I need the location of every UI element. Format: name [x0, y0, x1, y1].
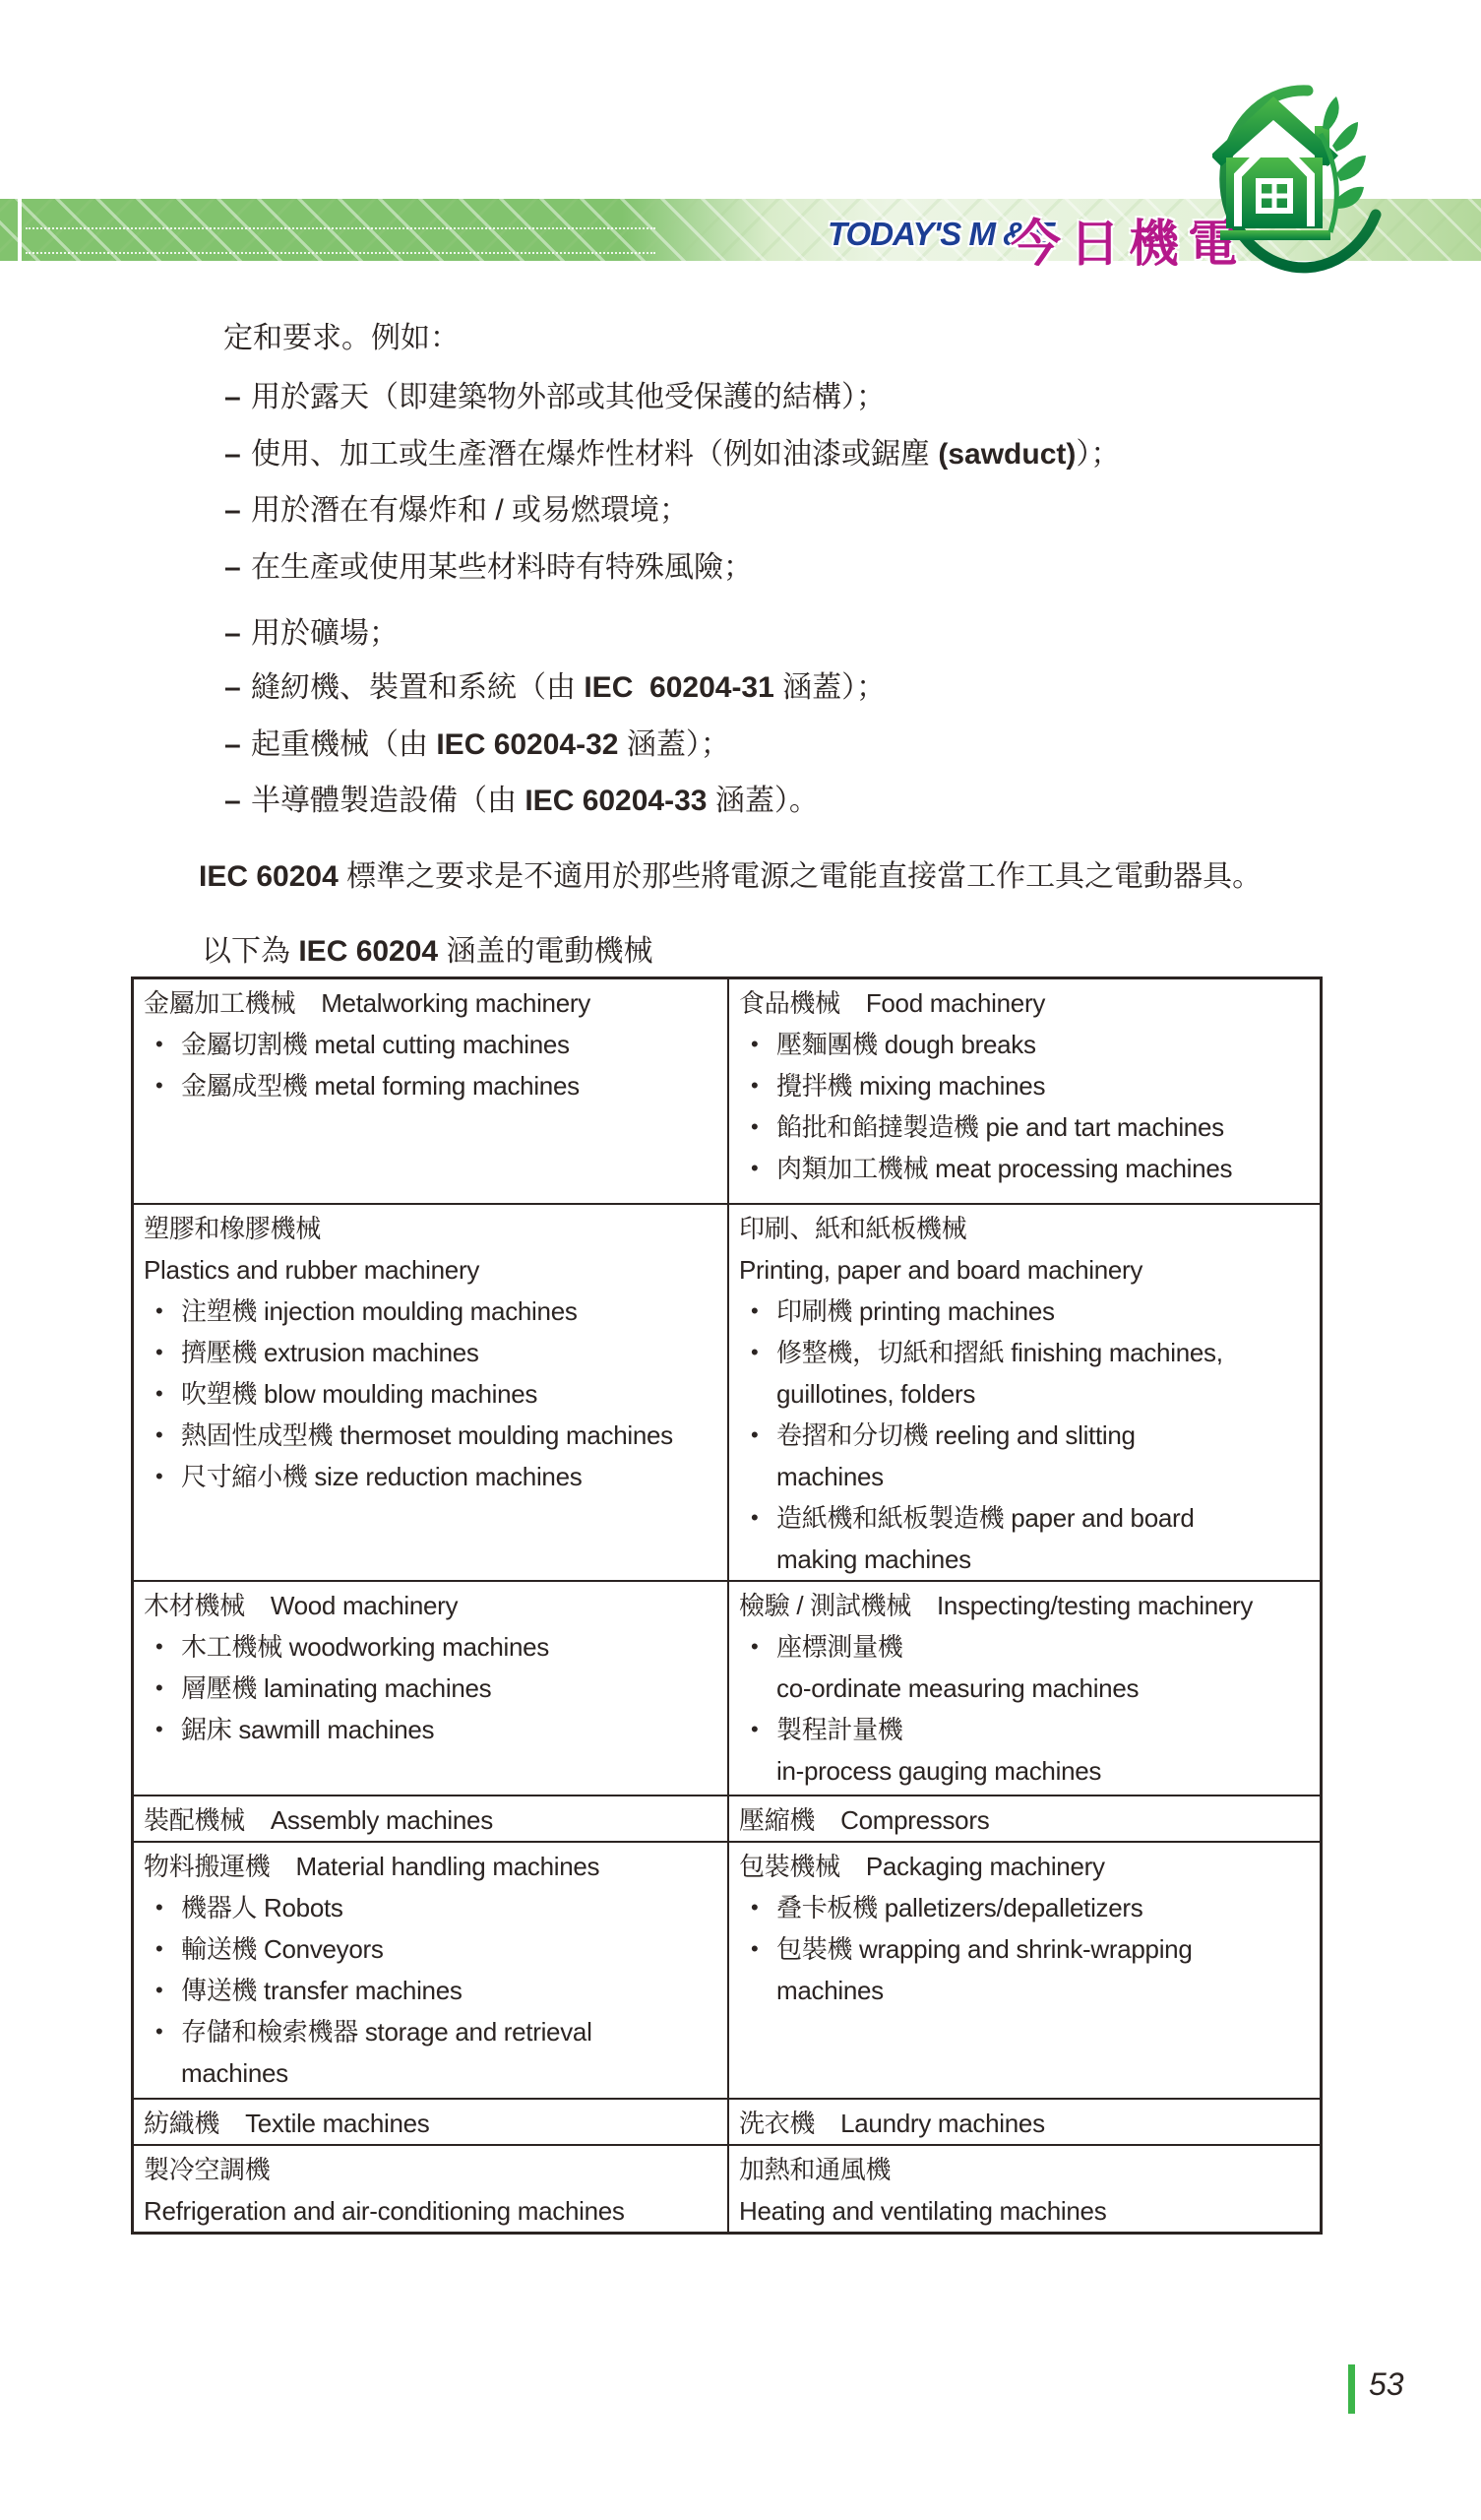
machine-item: •造紙機和紙板製造機 paper and boardmaking machine…	[739, 1497, 1316, 1580]
machine-item: •層壓機 laminating machines	[144, 1668, 723, 1709]
dash-item-text-segment: 起重機械（由	[251, 728, 436, 761]
machine-item-line: 包裝機 wrapping and shrink-wrapping	[776, 1928, 1316, 1970]
dash-item-text: 起重機械（由 IEC 60204-32 涵蓋）；	[251, 726, 730, 764]
dash-item-text: 用於露天（即建築物外部或其他受保護的結構）；	[251, 379, 886, 416]
table-caption-segment: 涵盖的電動機械	[438, 935, 652, 968]
cell-title: 裝配機械Assembly machines	[144, 1799, 723, 1841]
cell-title-zh: 紡織機	[144, 2109, 219, 2138]
machine-item-line: 肉類加工機械 meat processing machines	[776, 1148, 1316, 1189]
machine-item: •肉類加工機械 meat processing machines	[739, 1148, 1316, 1189]
machine-item: •座標測量機co-ordinate measuring machines	[739, 1626, 1316, 1709]
table-row: 紡織機Textile machines洗衣機Laundry machines	[133, 2099, 1322, 2145]
cell-title: 塑膠和橡膠機械Plastics and rubber machinery	[144, 1208, 723, 1291]
machine-item: •金屬切割機 metal cutting machines	[144, 1024, 723, 1065]
machine-item-text: 卷摺和分切機 reeling and slittingmachines	[776, 1415, 1316, 1497]
cell-title-zh: 裝配機械	[144, 1805, 245, 1835]
machine-item: •傳送機 transfer machines	[144, 1970, 723, 2011]
machine-item: •包裝機 wrapping and shrink-wrappingmachine…	[739, 1928, 1316, 2011]
machine-item-text: 存儲和檢索機器 storage and retrievalmachines	[181, 2011, 723, 2094]
cell-title-zh: 加熱和通風機	[739, 2149, 1316, 2190]
cell-title: 洗衣機Laundry machines	[739, 2103, 1316, 2144]
machine-item-text: 造紙機和紙板製造機 paper and boardmaking machines	[776, 1497, 1316, 1580]
magazine-title-zh: 今日機電	[1011, 203, 1247, 276]
machine-item-text: 餡批和餡撻製造機 pie and tart machines	[776, 1106, 1316, 1148]
table-cell: 洗衣機Laundry machines	[728, 2099, 1322, 2145]
cell-title: 木材機械Wood machinery	[144, 1585, 723, 1626]
machine-item-line: 輸送機 Conveyors	[181, 1928, 723, 1970]
machine-item: •鋸床 sawmill machines	[144, 1709, 723, 1750]
bullet-icon: •	[751, 1106, 776, 1148]
cell-title-zh: 物料搬運機	[144, 1852, 271, 1881]
machine-item: •卷摺和分切機 reeling and slittingmachines	[739, 1415, 1316, 1497]
machine-item-text: 熱固性成型機 thermoset moulding machines	[181, 1415, 723, 1456]
bullet-icon: •	[155, 1415, 181, 1456]
dash-item-text: 用於礦場；	[251, 615, 399, 653]
cell-title-en: Wood machinery	[271, 1591, 458, 1620]
dash-marker: –	[224, 379, 251, 416]
machine-item: •壓麵團機 dough breaks	[739, 1024, 1316, 1065]
cell-title-zh: 檢驗 / 測試機械	[739, 1591, 911, 1620]
table-caption-segment: IEC 60204	[298, 935, 438, 968]
dash-item-text: 用於潛在有爆炸和 / 或易燃環境；	[251, 492, 689, 530]
cell-title: 檢驗 / 測試機械Inspecting/testing machinery	[739, 1585, 1316, 1626]
machine-item-line: 擠壓機 extrusion machines	[181, 1332, 723, 1373]
dash-marker: –	[224, 436, 251, 473]
table-row: 金屬加工機械Metalworking machinery•金屬切割機 metal…	[133, 978, 1322, 1204]
dash-item-text-segment: 在生產或使用某些材料時有特殊風險；	[251, 551, 753, 584]
house-leaf-logo-icon	[1212, 83, 1389, 280]
dash-item-text: 在生產或使用某些材料時有特殊風險；	[251, 549, 753, 587]
cell-title-en: Refrigeration and air-conditioning machi…	[144, 2190, 723, 2232]
machine-item-text: 擠壓機 extrusion machines	[181, 1332, 723, 1373]
machine-item-line: 餡批和餡撻製造機 pie and tart machines	[776, 1106, 1316, 1148]
table-row: 裝配機械Assembly machines壓縮機Compressors	[133, 1795, 1322, 1842]
cell-title-en: Laundry machines	[840, 2109, 1045, 2138]
machine-item: •擠壓機 extrusion machines	[144, 1332, 723, 1373]
cell-title-zh: 木材機械	[144, 1591, 245, 1620]
table-row: 木材機械Wood machinery•木工機械 woodworking mach…	[133, 1581, 1322, 1795]
machine-item: •尺寸縮小機 size reduction machines	[144, 1456, 723, 1497]
cell-title-en: Heating and ventilating machines	[739, 2190, 1316, 2232]
cell-title-zh: 壓縮機	[739, 1805, 815, 1835]
machine-item-line: 座標測量機	[776, 1626, 1316, 1668]
bullet-icon: •	[155, 1887, 181, 1928]
machine-item-text: 叠卡板機 palletizers/depalletizers	[776, 1887, 1316, 1928]
table-cell: 印刷、紙和紙板機械Printing, paper and board machi…	[728, 1204, 1322, 1581]
banner-dotted-line	[26, 227, 655, 229]
bullet-icon: •	[751, 1928, 776, 2011]
machine-item-line: 吹塑機 blow moulding machines	[181, 1373, 723, 1415]
dash-marker: –	[224, 783, 251, 820]
banner-notch	[18, 199, 22, 261]
machine-item-text: 金屬成型機 metal forming machines	[181, 1065, 723, 1106]
table-cell: 紡織機Textile machines	[133, 2099, 729, 2145]
machine-item-text: 木工機械 woodworking machines	[181, 1626, 723, 1668]
table-cell: 食品機械Food machinery•壓麵團機 dough breaks•攪拌機…	[728, 978, 1322, 1204]
bullet-icon: •	[155, 1970, 181, 2011]
dash-item-text-segment: 用於潛在有爆炸和 / 或易燃環境；	[251, 494, 689, 527]
table-caption: 以下為 IEC 60204 涵盖的電動機械	[202, 933, 652, 971]
intro-paragraph: IEC 60204 標準之要求是不適用於那些將電源之電能直接當工作工具之電動器具…	[199, 858, 1262, 896]
machine-item-line: 造紙機和紙板製造機 paper and board	[776, 1497, 1316, 1539]
dash-item-text-segment: 涵蓋）。	[707, 785, 818, 817]
dash-marker: –	[224, 549, 251, 587]
cell-title-zh: 製冷空調機	[144, 2149, 723, 2190]
cell-title-en: Material handling machines	[296, 1852, 600, 1881]
machine-item-text: 肉類加工機械 meat processing machines	[776, 1148, 1316, 1189]
machine-item-line: 熱固性成型機 thermoset moulding machines	[181, 1415, 723, 1456]
machine-item-line: 製程計量機	[776, 1709, 1316, 1750]
machine-item-line: 叠卡板機 palletizers/depalletizers	[776, 1887, 1316, 1928]
machine-item-line: 木工機械 woodworking machines	[181, 1626, 723, 1668]
table-cell: 檢驗 / 測試機械Inspecting/testing machinery•座標…	[728, 1581, 1322, 1795]
table-cell: 木材機械Wood machinery•木工機械 woodworking mach…	[133, 1581, 729, 1795]
machine-item-line: making machines	[776, 1539, 1316, 1580]
cell-title-zh: 金屬加工機械	[144, 988, 295, 1018]
machinery-table: 金屬加工機械Metalworking machinery•金屬切割機 metal…	[131, 976, 1323, 2235]
cell-title-zh: 洗衣機	[739, 2109, 815, 2138]
dash-item: –縫紉機、裝置和系統（由 IEC 60204-31 涵蓋）；	[224, 669, 886, 707]
machine-item-text: 壓麵團機 dough breaks	[776, 1024, 1316, 1065]
dash-item-text-segment: IEC 60204-31	[584, 671, 773, 704]
cell-title-en: Inspecting/testing machinery	[937, 1591, 1253, 1620]
bullet-icon: •	[155, 1456, 181, 1497]
dash-item-text: 半導體製造設備（由 IEC 60204-33 涵蓋）。	[251, 783, 819, 820]
machine-item: •叠卡板機 palletizers/depalletizers	[739, 1887, 1316, 1928]
machine-item: •存儲和檢索機器 storage and retrievalmachines	[144, 2011, 723, 2094]
bullet-icon: •	[155, 1928, 181, 1970]
machine-item-line: 尺寸縮小機 size reduction machines	[181, 1456, 723, 1497]
bullet-icon: •	[155, 2011, 181, 2094]
dash-item: –半導體製造設備（由 IEC 60204-33 涵蓋）。	[224, 783, 819, 820]
dash-item: –在生產或使用某些材料時有特殊風險；	[224, 549, 753, 587]
machine-item-line: machines	[181, 2052, 723, 2094]
intro-lead: 定和要求。例如：	[223, 320, 460, 357]
magazine-page: TODAY'S M & E 今日機電 定和要求。例如： –用於露天（即建築物外部…	[0, 0, 1481, 2520]
machine-item: •木工機械 woodworking machines	[144, 1626, 723, 1668]
machine-item-line: 存儲和檢索機器 storage and retrieval	[181, 2011, 723, 2052]
machine-item-line: co-ordinate measuring machines	[776, 1668, 1316, 1709]
cell-title: 食品機械Food machinery	[739, 982, 1316, 1024]
machine-item-line: 攪拌機 mixing machines	[776, 1065, 1316, 1106]
machine-item-text: 傳送機 transfer machines	[181, 1970, 723, 2011]
machine-item-text: 吹塑機 blow moulding machines	[181, 1373, 723, 1415]
machine-item-text: 修整機，切紙和摺紙 finishing machines,guillotines…	[776, 1332, 1316, 1415]
machine-item-text: 輸送機 Conveyors	[181, 1928, 723, 1970]
machine-item-text: 尺寸縮小機 size reduction machines	[181, 1456, 723, 1497]
dash-item-text-segment: ）；	[1076, 438, 1120, 471]
dash-item-text-segment: 涵蓋）；	[618, 728, 729, 761]
bullet-icon: •	[751, 1291, 776, 1332]
table-cell: 包裝機械Packaging machinery•叠卡板機 palletizers…	[728, 1842, 1322, 2099]
table-cell: 物料搬運機Material handling machines•機器人 Robo…	[133, 1842, 729, 2099]
bullet-icon: •	[751, 1065, 776, 1106]
cell-title: 印刷、紙和紙板機械Printing, paper and board machi…	[739, 1208, 1316, 1291]
bullet-icon: •	[751, 1887, 776, 1928]
machine-item-text: 座標測量機co-ordinate measuring machines	[776, 1626, 1316, 1709]
machine-item: •吹塑機 blow moulding machines	[144, 1373, 723, 1415]
dash-marker: –	[224, 726, 251, 764]
cell-title: 壓縮機Compressors	[739, 1799, 1316, 1841]
machine-item: •熱固性成型機 thermoset moulding machines	[144, 1415, 723, 1456]
cell-title-en: Plastics and rubber machinery	[144, 1249, 723, 1291]
cell-title-zh: 印刷、紙和紙板機械	[739, 1208, 1316, 1249]
table-cell: 金屬加工機械Metalworking machinery•金屬切割機 metal…	[133, 978, 729, 1204]
dash-item-text-segment: 用於露天（即建築物外部或其他受保護的結構）；	[251, 381, 886, 413]
bullet-icon: •	[751, 1626, 776, 1709]
dash-item-text-segment: (sawduct)	[938, 438, 1076, 471]
machine-item-line: 層壓機 laminating machines	[181, 1668, 723, 1709]
bullet-icon: •	[155, 1626, 181, 1668]
table-cell: 裝配機械Assembly machines	[133, 1795, 729, 1842]
bullet-icon: •	[751, 1497, 776, 1580]
dash-item-text: 縫紉機、裝置和系統（由 IEC 60204-31 涵蓋）；	[251, 669, 886, 707]
cell-title-en: Assembly machines	[271, 1805, 493, 1835]
dash-item: –使用、加工或生產潛在爆炸性材料（例如油漆或鋸塵 (sawduct)）；	[224, 436, 1120, 473]
bullet-icon: •	[751, 1148, 776, 1189]
machine-item: •印刷機 printing machines	[739, 1291, 1316, 1332]
table-cell: 加熱和通風機Heating and ventilating machines	[728, 2145, 1322, 2234]
machine-item-text: 印刷機 printing machines	[776, 1291, 1316, 1332]
table-cell: 壓縮機Compressors	[728, 1795, 1322, 1842]
cell-title: 紡織機Textile machines	[144, 2103, 723, 2144]
dash-item-text-segment: IEC 60204-33	[525, 785, 707, 817]
table-row: 塑膠和橡膠機械Plastics and rubber machinery•注塑機…	[133, 1204, 1322, 1581]
machine-item: •注塑機 injection moulding machines	[144, 1291, 723, 1332]
table-cell: 塑膠和橡膠機械Plastics and rubber machinery•注塑機…	[133, 1204, 729, 1581]
bullet-icon: •	[155, 1024, 181, 1065]
dash-item-text-segment: 涵蓋）；	[774, 671, 886, 704]
machine-item-text: 層壓機 laminating machines	[181, 1668, 723, 1709]
machine-item: •金屬成型機 metal forming machines	[144, 1065, 723, 1106]
banner-dotted-line	[26, 252, 655, 254]
dash-item: –用於露天（即建築物外部或其他受保護的結構）；	[224, 379, 886, 416]
dash-item-text-segment: 半導體製造設備（由	[251, 785, 525, 817]
machine-item-line: 修整機，切紙和摺紙 finishing machines,	[776, 1332, 1316, 1373]
machine-item-text: 攪拌機 mixing machines	[776, 1065, 1316, 1106]
dash-item-text-segment: 使用、加工或生產潛在爆炸性材料（例如油漆或鋸塵	[251, 438, 938, 471]
cell-title: 物料搬運機Material handling machines	[144, 1846, 723, 1887]
machine-item: •餡批和餡撻製造機 pie and tart machines	[739, 1106, 1316, 1148]
cell-title: 製冷空調機Refrigeration and air-conditioning …	[144, 2149, 723, 2232]
machine-item-text: 注塑機 injection moulding machines	[181, 1291, 723, 1332]
table-row: 製冷空調機Refrigeration and air-conditioning …	[133, 2145, 1322, 2234]
dash-item-text-segment: 用於礦場；	[251, 617, 399, 650]
machine-item-line: 傳送機 transfer machines	[181, 1970, 723, 2011]
machine-item-line: 金屬切割機 metal cutting machines	[181, 1024, 723, 1065]
cell-title: 加熱和通風機Heating and ventilating machines	[739, 2149, 1316, 2232]
machine-item-line: in-process gauging machines	[776, 1750, 1316, 1792]
cell-title: 包裝機械Packaging machinery	[739, 1846, 1316, 1887]
cell-title-en: Printing, paper and board machinery	[739, 1249, 1316, 1291]
dash-item-text-segment: IEC 60204-32	[436, 728, 618, 761]
machine-item-line: machines	[776, 1970, 1316, 2011]
machine-item-line: 卷摺和分切機 reeling and slitting	[776, 1415, 1316, 1456]
bullet-icon: •	[155, 1065, 181, 1106]
bullet-icon: •	[155, 1291, 181, 1332]
table-cell: 製冷空調機Refrigeration and air-conditioning …	[133, 2145, 729, 2234]
machine-item: •輸送機 Conveyors	[144, 1928, 723, 1970]
page-number: 53	[1369, 2366, 1404, 2403]
cell-title-en: Food machinery	[866, 988, 1045, 1018]
bullet-icon: •	[155, 1332, 181, 1373]
cell-title-en: Metalworking machinery	[321, 988, 590, 1018]
dash-item-text-segment: 縫紉機、裝置和系統（由	[251, 671, 584, 704]
page-number-bar	[1348, 2364, 1355, 2414]
machine-item-text: 包裝機 wrapping and shrink-wrappingmachines	[776, 1928, 1316, 2011]
cell-title: 金屬加工機械Metalworking machinery	[144, 982, 723, 1024]
bullet-icon: •	[751, 1709, 776, 1792]
machine-item: •機器人 Robots	[144, 1887, 723, 1928]
machine-item-line: 印刷機 printing machines	[776, 1291, 1316, 1332]
machine-item: •修整機，切紙和摺紙 finishing machines,guillotine…	[739, 1332, 1316, 1415]
bullet-icon: •	[155, 1668, 181, 1709]
machine-item-line: 機器人 Robots	[181, 1887, 723, 1928]
machine-item-line: guillotines, folders	[776, 1373, 1316, 1415]
intro-paragraph-segment: 標準之要求是不適用於那些將電源之電能直接當工作工具之電動器具。	[346, 860, 1262, 893]
machine-item-line: machines	[776, 1456, 1316, 1497]
bullet-icon: •	[155, 1373, 181, 1415]
table-row: 物料搬運機Material handling machines•機器人 Robo…	[133, 1842, 1322, 2099]
dash-item: –用於潛在有爆炸和 / 或易燃環境；	[224, 492, 689, 530]
dash-item: –用於礦場；	[224, 615, 399, 653]
machine-item-line: 注塑機 injection moulding machines	[181, 1291, 723, 1332]
dash-item: –起重機械（由 IEC 60204-32 涵蓋）；	[224, 726, 730, 764]
table-caption-segment: 以下為	[202, 935, 298, 968]
intro-paragraph-segment: IEC 60204	[199, 860, 346, 893]
dash-item-text: 使用、加工或生產潛在爆炸性材料（例如油漆或鋸塵 (sawduct)）；	[251, 436, 1120, 473]
cell-title-en: Packaging machinery	[866, 1852, 1105, 1881]
bullet-icon: •	[751, 1332, 776, 1415]
cell-title-zh: 食品機械	[739, 988, 840, 1018]
cell-title-en: Compressors	[840, 1805, 989, 1835]
cell-title-zh: 塑膠和橡膠機械	[144, 1208, 723, 1249]
bullet-icon: •	[155, 1709, 181, 1750]
machine-item-line: 鋸床 sawmill machines	[181, 1709, 723, 1750]
machine-item-text: 製程計量機in-process gauging machines	[776, 1709, 1316, 1792]
machine-item: •攪拌機 mixing machines	[739, 1065, 1316, 1106]
machine-item: •製程計量機in-process gauging machines	[739, 1709, 1316, 1792]
machine-item-text: 金屬切割機 metal cutting machines	[181, 1024, 723, 1065]
machine-item-text: 鋸床 sawmill machines	[181, 1709, 723, 1750]
dash-marker: –	[224, 615, 251, 653]
cell-title-en: Textile machines	[245, 2109, 429, 2138]
cell-title-zh: 包裝機械	[739, 1852, 840, 1881]
machine-item-line: 金屬成型機 metal forming machines	[181, 1065, 723, 1106]
dash-marker: –	[224, 669, 251, 707]
bullet-icon: •	[751, 1415, 776, 1497]
machine-item-text: 機器人 Robots	[181, 1887, 723, 1928]
bullet-icon: •	[751, 1024, 776, 1065]
dash-marker: –	[224, 492, 251, 530]
machine-item-line: 壓麵團機 dough breaks	[776, 1024, 1316, 1065]
